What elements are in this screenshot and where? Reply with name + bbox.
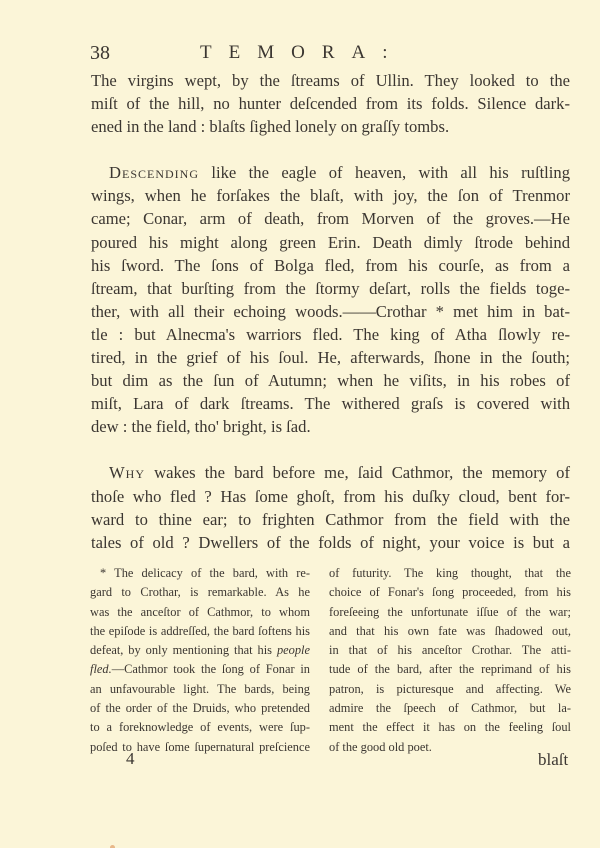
- main-text: The virgins wept, by the ſtreams of Ulli…: [91, 69, 570, 554]
- italic-word: fled.: [90, 662, 112, 676]
- footnote-line: admire the ſpeech of Cathmor, but la-: [329, 699, 571, 718]
- text-line: his ſword. The ſons of Bolga fled, from …: [91, 254, 570, 277]
- footnote-left-column: * The delicacy of the bard, with re- gar…: [90, 564, 310, 757]
- paragraph: Descending like the eagle of heaven, wit…: [91, 161, 570, 438]
- footnote-line: poſed to have ſome ſupernatural preſcien…: [90, 738, 310, 757]
- running-title: TEMORA:: [200, 42, 405, 64]
- text-line: ſtream, that burſting from the ſtormy de…: [91, 277, 570, 300]
- text-line: The virgins wept, by the ſtreams of Ulli…: [91, 69, 570, 92]
- footnote-line: gard to Crothar, is remarkable. As he: [90, 583, 310, 602]
- text-line: tle : but Alnecma's warriors fled. The k…: [91, 323, 570, 346]
- footnote-line: was the anceſtor of Cathmor, to whom: [90, 603, 310, 622]
- signature-mark: 4: [126, 749, 135, 769]
- footnote-line: choice of Fonar's ſong proceeded, from h…: [329, 583, 571, 602]
- page-number: 38: [90, 42, 110, 65]
- text-line: thoſe who fled ? Has ſome ghoſt, from hi…: [91, 485, 570, 508]
- footnote-line: patron, is picturesque and affecting. We: [329, 680, 571, 699]
- text-line: Why wakes the bard before me, ſaid Cathm…: [91, 461, 570, 484]
- text-line: Descending like the eagle of heaven, wit…: [91, 161, 570, 184]
- footnote-line: in that of his anceſtor Crothar. The att…: [329, 641, 571, 660]
- footnote-line: of the good old poet.: [329, 738, 571, 757]
- catchword: blaſt: [538, 750, 568, 770]
- footnote-line: fled.—Cathmor took the ſong of Fonar in: [90, 660, 310, 679]
- text-line: dew : the field, tho' bright, is ſad.: [91, 415, 570, 438]
- text-run: wakes the bard before me, ſaid Cathmor, …: [145, 463, 570, 482]
- text-line: miſt, Lara of dark ſtreams. The withered…: [91, 392, 570, 415]
- small-caps-lead: Why: [109, 463, 145, 482]
- text-line: ened in the land : blaſts ſighed lonely …: [91, 115, 570, 138]
- italic-word: people: [277, 643, 310, 657]
- text-line: but dim as the ſun of Autumn; when he vi…: [91, 369, 570, 392]
- text-line: miſt of the hill, no hunter deſcended fr…: [91, 92, 570, 115]
- text-line: ward to thine ear; to frighten Cathmor f…: [91, 508, 570, 531]
- text-line: wings, when he forſakes the blaſt, with …: [91, 184, 570, 207]
- footnote-line: an unfavourable light. The bards, being: [90, 680, 310, 699]
- footnote-line: tude of the bard, after the reprimand of…: [329, 660, 571, 679]
- text-run: like the eagle of heaven, with all his r…: [199, 163, 570, 182]
- footnote-line: ment the effect it has on the feeling ſo…: [329, 718, 571, 737]
- paragraph: The virgins wept, by the ſtreams of Ulli…: [91, 69, 570, 138]
- small-caps-lead: Descending: [109, 163, 199, 182]
- footnote-line: * The delicacy of the bard, with re-: [90, 564, 310, 583]
- footnote-line: the epiſode is addreſſed, the bard ſofte…: [90, 622, 310, 641]
- footnote-line: of futurity. The king thought, that the: [329, 564, 571, 583]
- book-page: 38 TEMORA: The virgins wept, by the ſtre…: [0, 0, 600, 848]
- footnote-line: and that his own fate was ſhadowed out,: [329, 622, 571, 641]
- footnote-line: defeat, by only mentioning that his peop…: [90, 641, 310, 660]
- text-line: ther, with all their echoing woods.——Cro…: [91, 300, 570, 323]
- text-line: tired, in the grief of his ſoul. He, aft…: [91, 346, 570, 369]
- text-line: tales of old ? Dwellers of the folds of …: [91, 531, 570, 554]
- paragraph: Why wakes the bard before me, ſaid Cathm…: [91, 461, 570, 553]
- footnote-line: foreſeeing the unfortunate iſſue of the …: [329, 603, 571, 622]
- footnote-line: to a foreknowledge of events, were ſup-: [90, 718, 310, 737]
- text-line: came; Conar, arm of death, from Morven o…: [91, 207, 570, 230]
- footnote-right-column: of futurity. The king thought, that the …: [329, 564, 571, 757]
- text-line: poured his might along green Erin. Death…: [91, 231, 570, 254]
- page-header: 38 TEMORA:: [90, 42, 570, 68]
- text-run: —Cathmor took the ſong of Fonar in: [112, 662, 310, 676]
- footnote-line: of the order of the Druids, who pretende…: [90, 699, 310, 718]
- text-run: defeat, by only mentioning that his: [90, 643, 277, 657]
